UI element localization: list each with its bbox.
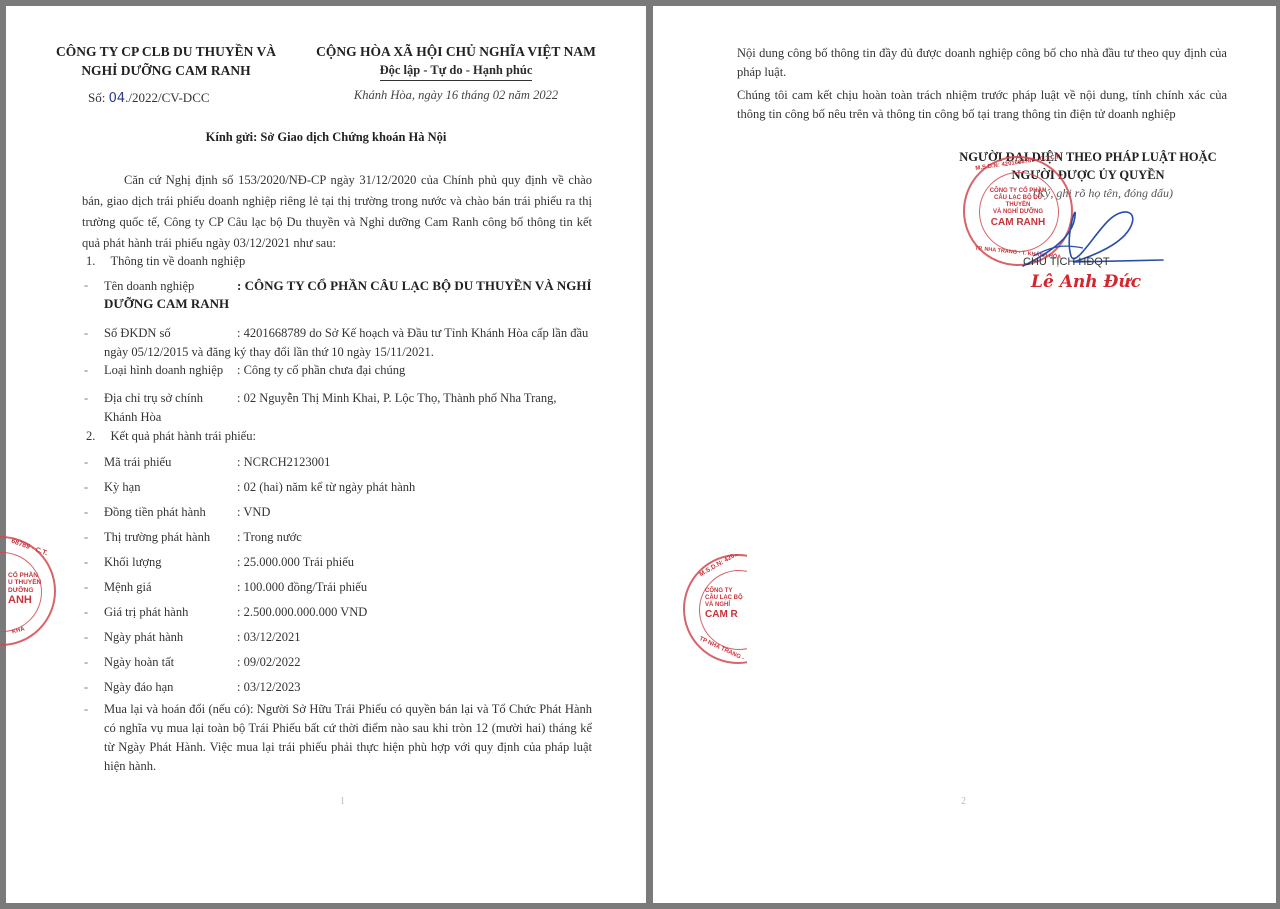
recipient-line: Kính gửi: Sở Giao dịch Chứng khoán Hà Nộ…	[6, 130, 646, 145]
field-value: : CÔNG TY CỔ PHẦN CÂU LẠC BỘ DU THUYỀN V…	[237, 278, 592, 293]
field-label: Ngày đáo hạn	[104, 680, 237, 695]
disclosure-paragraph: Nội dung công bố thông tin đầy đủ được d…	[737, 44, 1227, 82]
field-value: : Trong nước	[237, 530, 302, 544]
place-date: Khánh Hòa, ngày 16 tháng 02 năm 2022	[306, 88, 606, 103]
seal-line: CAM R	[705, 609, 743, 621]
field-company-name: - Tên doanh nghiệp: CÔNG TY CỔ PHẦN CÂU …	[104, 278, 594, 312]
field-value: : 02 Nguyễn Thị Minh Khai, P. Lộc Thọ, T…	[237, 391, 556, 405]
company-seal-partial: 68789 · C.T. CỔ PHẦN U THUYỀN DƯỠNG ANH …	[0, 536, 56, 646]
bullet-dash: -	[84, 700, 88, 719]
section-1-heading: 1. Thông tin về doanh nghiệp	[86, 254, 245, 269]
issuer-name-line1: CÔNG TY CP CLB DU THUYỀN VÀ	[46, 42, 286, 61]
field-label: Thị trường phát hành	[104, 530, 237, 545]
doc-number-handwritten: 04	[109, 91, 126, 106]
field-label: Địa chỉ trụ sở chính	[104, 389, 237, 408]
seal-line: CÂU LẠC BỘ	[705, 595, 743, 602]
doc-number-suffix: ./2022/CV-DCC	[125, 90, 209, 105]
nation-title: CỘNG HÒA XÃ HỘI CHỦ NGHĨA VIỆT NAM	[306, 42, 606, 61]
field-volume: - Khối lượng: 25.000.000 Trái phiếu	[104, 555, 354, 570]
field-value: : 25.000.000 Trái phiếu	[237, 555, 354, 569]
field-label: Khối lượng	[104, 555, 237, 570]
field-label: Đồng tiền phát hành	[104, 505, 237, 520]
intro-paragraph: Căn cứ Nghị định số 153/2020/NĐ-CP ngày …	[82, 170, 592, 254]
national-motto: Độc lập - Tự do - Hạnh phúc	[380, 61, 533, 81]
commitment-paragraph: Chúng tôi cam kết chịu hoàn toàn trách n…	[737, 86, 1227, 124]
signatory-name: Lê Anh Đức	[1031, 272, 1141, 292]
field-label: Tên doanh nghiệp	[104, 279, 237, 294]
seal-line: VÀ NGHỈ	[705, 602, 743, 609]
national-header: CỘNG HÒA XÃ HỘI CHỦ NGHĨA VIỆT NAM Độc l…	[306, 42, 606, 103]
field-value: : 03/12/2021	[237, 630, 301, 644]
field-value: : 02 (hai) năm kể từ ngày phát hành	[237, 480, 415, 494]
bullet-dash: -	[84, 555, 88, 570]
field-maturity-date: - Ngày đáo hạn: 03/12/2023	[104, 680, 301, 695]
bullet-dash: -	[84, 605, 88, 620]
field-value-cont: Khánh Hòa	[104, 408, 594, 427]
field-label: Số ĐKDN số	[104, 324, 237, 343]
document-number: Số: 04./2022/CV-DCC	[88, 90, 210, 106]
seal-line: U THUYỀN	[8, 579, 41, 586]
section-1-number: 1.	[86, 254, 95, 268]
page-number: 2	[961, 796, 966, 807]
field-value: : 09/02/2022	[237, 655, 301, 669]
section-2-number: 2.	[86, 429, 95, 443]
bullet-dash: -	[84, 655, 88, 670]
field-label: Giá trị phát hành	[104, 605, 237, 620]
bullet-dash: -	[84, 324, 88, 343]
buyback-text: Mua lại và hoán đổi (nếu có): Người Sở H…	[104, 702, 592, 773]
field-company-type: - Loại hình doanh nghiệp: Công ty cổ phầ…	[104, 363, 405, 378]
field-value: : Công ty cổ phần chưa đại chúng	[237, 363, 405, 377]
page-number: 1	[340, 796, 345, 807]
seal-line: CÔNG TY	[705, 588, 743, 595]
field-term: - Kỳ hạn: 02 (hai) năm kể từ ngày phát h…	[104, 480, 415, 495]
bullet-dash: -	[84, 455, 88, 470]
field-label: Kỳ hạn	[104, 480, 237, 495]
seal-line: CÔNG TY CỔ PHẦN	[981, 188, 1055, 195]
field-label: Ngày hoàn tất	[104, 655, 237, 670]
section-1-title: Thông tin về doanh nghiệp	[111, 254, 246, 268]
field-currency: - Đồng tiền phát hành: VND	[104, 505, 270, 520]
seal-lines: CÔNG TY CÂU LẠC BỘ VÀ NGHỈ CAM R	[705, 588, 743, 620]
bullet-dash: -	[84, 363, 88, 378]
field-label: Mệnh giá	[104, 580, 237, 595]
field-value: : NCRCH2123001	[237, 455, 330, 469]
issuer-header: CÔNG TY CP CLB DU THUYỀN VÀ NGHỈ DƯỠNG C…	[46, 42, 286, 80]
field-value: : 2.500.000.000.000 VND	[237, 605, 367, 619]
field-value: : 4201668789 do Sở Kế hoạch và Đầu tư Tỉ…	[237, 326, 588, 340]
seal-lines: CỔ PHẦN U THUYỀN DƯỠNG ANH	[8, 572, 41, 607]
field-issue-date: - Ngày phát hành: 03/12/2021	[104, 630, 301, 645]
bullet-dash: -	[84, 530, 88, 545]
field-registration-number: - Số ĐKDN số: 4201668789 do Sở Kế hoạch …	[104, 324, 594, 362]
bullet-dash: -	[84, 505, 88, 520]
field-value: : 100.000 đồng/Trái phiếu	[237, 580, 367, 594]
field-issue-value: - Giá trị phát hành: 2.500.000.000.000 V…	[104, 605, 367, 620]
field-head-office: - Địa chỉ trụ sở chính: 02 Nguyễn Thị Mi…	[104, 389, 594, 427]
document-page-1: CÔNG TY CP CLB DU THUYỀN VÀ NGHỈ DƯỠNG C…	[6, 6, 646, 903]
bullet-dash: -	[84, 580, 88, 595]
field-buyback: - Mua lại và hoán đổi (nếu có): Người Sở…	[104, 700, 592, 776]
field-par-value: - Mệnh giá: 100.000 đồng/Trái phiếu	[104, 580, 367, 595]
field-value: : VND	[237, 505, 270, 519]
bullet-dash: -	[84, 278, 88, 293]
bullet-dash: -	[84, 630, 88, 645]
company-seal-partial: M.S.D.N: 42016 CÔNG TY CÂU LẠC BỘ VÀ NGH…	[683, 554, 793, 664]
field-value-cont: ngày 05/12/2015 và đăng ký thay đổi lần …	[104, 343, 594, 362]
field-value: : 03/12/2023	[237, 680, 301, 694]
bullet-dash: -	[84, 389, 88, 408]
issuer-name-line2: NGHỈ DƯỠNG CAM RANH	[46, 61, 286, 80]
field-label: Mã trái phiếu	[104, 455, 237, 470]
field-label: Ngày phát hành	[104, 630, 237, 645]
seal-line: DƯỠNG	[8, 587, 41, 594]
field-completion-date: - Ngày hoàn tất: 09/02/2022	[104, 655, 301, 670]
field-bond-code: - Mã trái phiếu: NCRCH2123001	[104, 455, 330, 470]
document-page-2: Nội dung công bố thông tin đầy đủ được d…	[653, 6, 1276, 903]
bullet-dash: -	[84, 480, 88, 495]
bullet-dash: -	[84, 680, 88, 695]
seal-line: ANH	[8, 594, 41, 607]
signatory-position: CHỦ TỊCH HĐQT	[1023, 256, 1110, 268]
section-2-heading: 2. Kết quả phát hành trái phiếu:	[86, 429, 256, 444]
section-2-title: Kết quả phát hành trái phiếu:	[111, 429, 256, 443]
doc-number-prefix: Số:	[88, 90, 109, 105]
field-market: - Thị trường phát hành: Trong nước	[104, 530, 302, 545]
field-value-cont: DƯỠNG CAM RANH	[104, 296, 594, 312]
field-label: Loại hình doanh nghiệp	[104, 363, 237, 378]
